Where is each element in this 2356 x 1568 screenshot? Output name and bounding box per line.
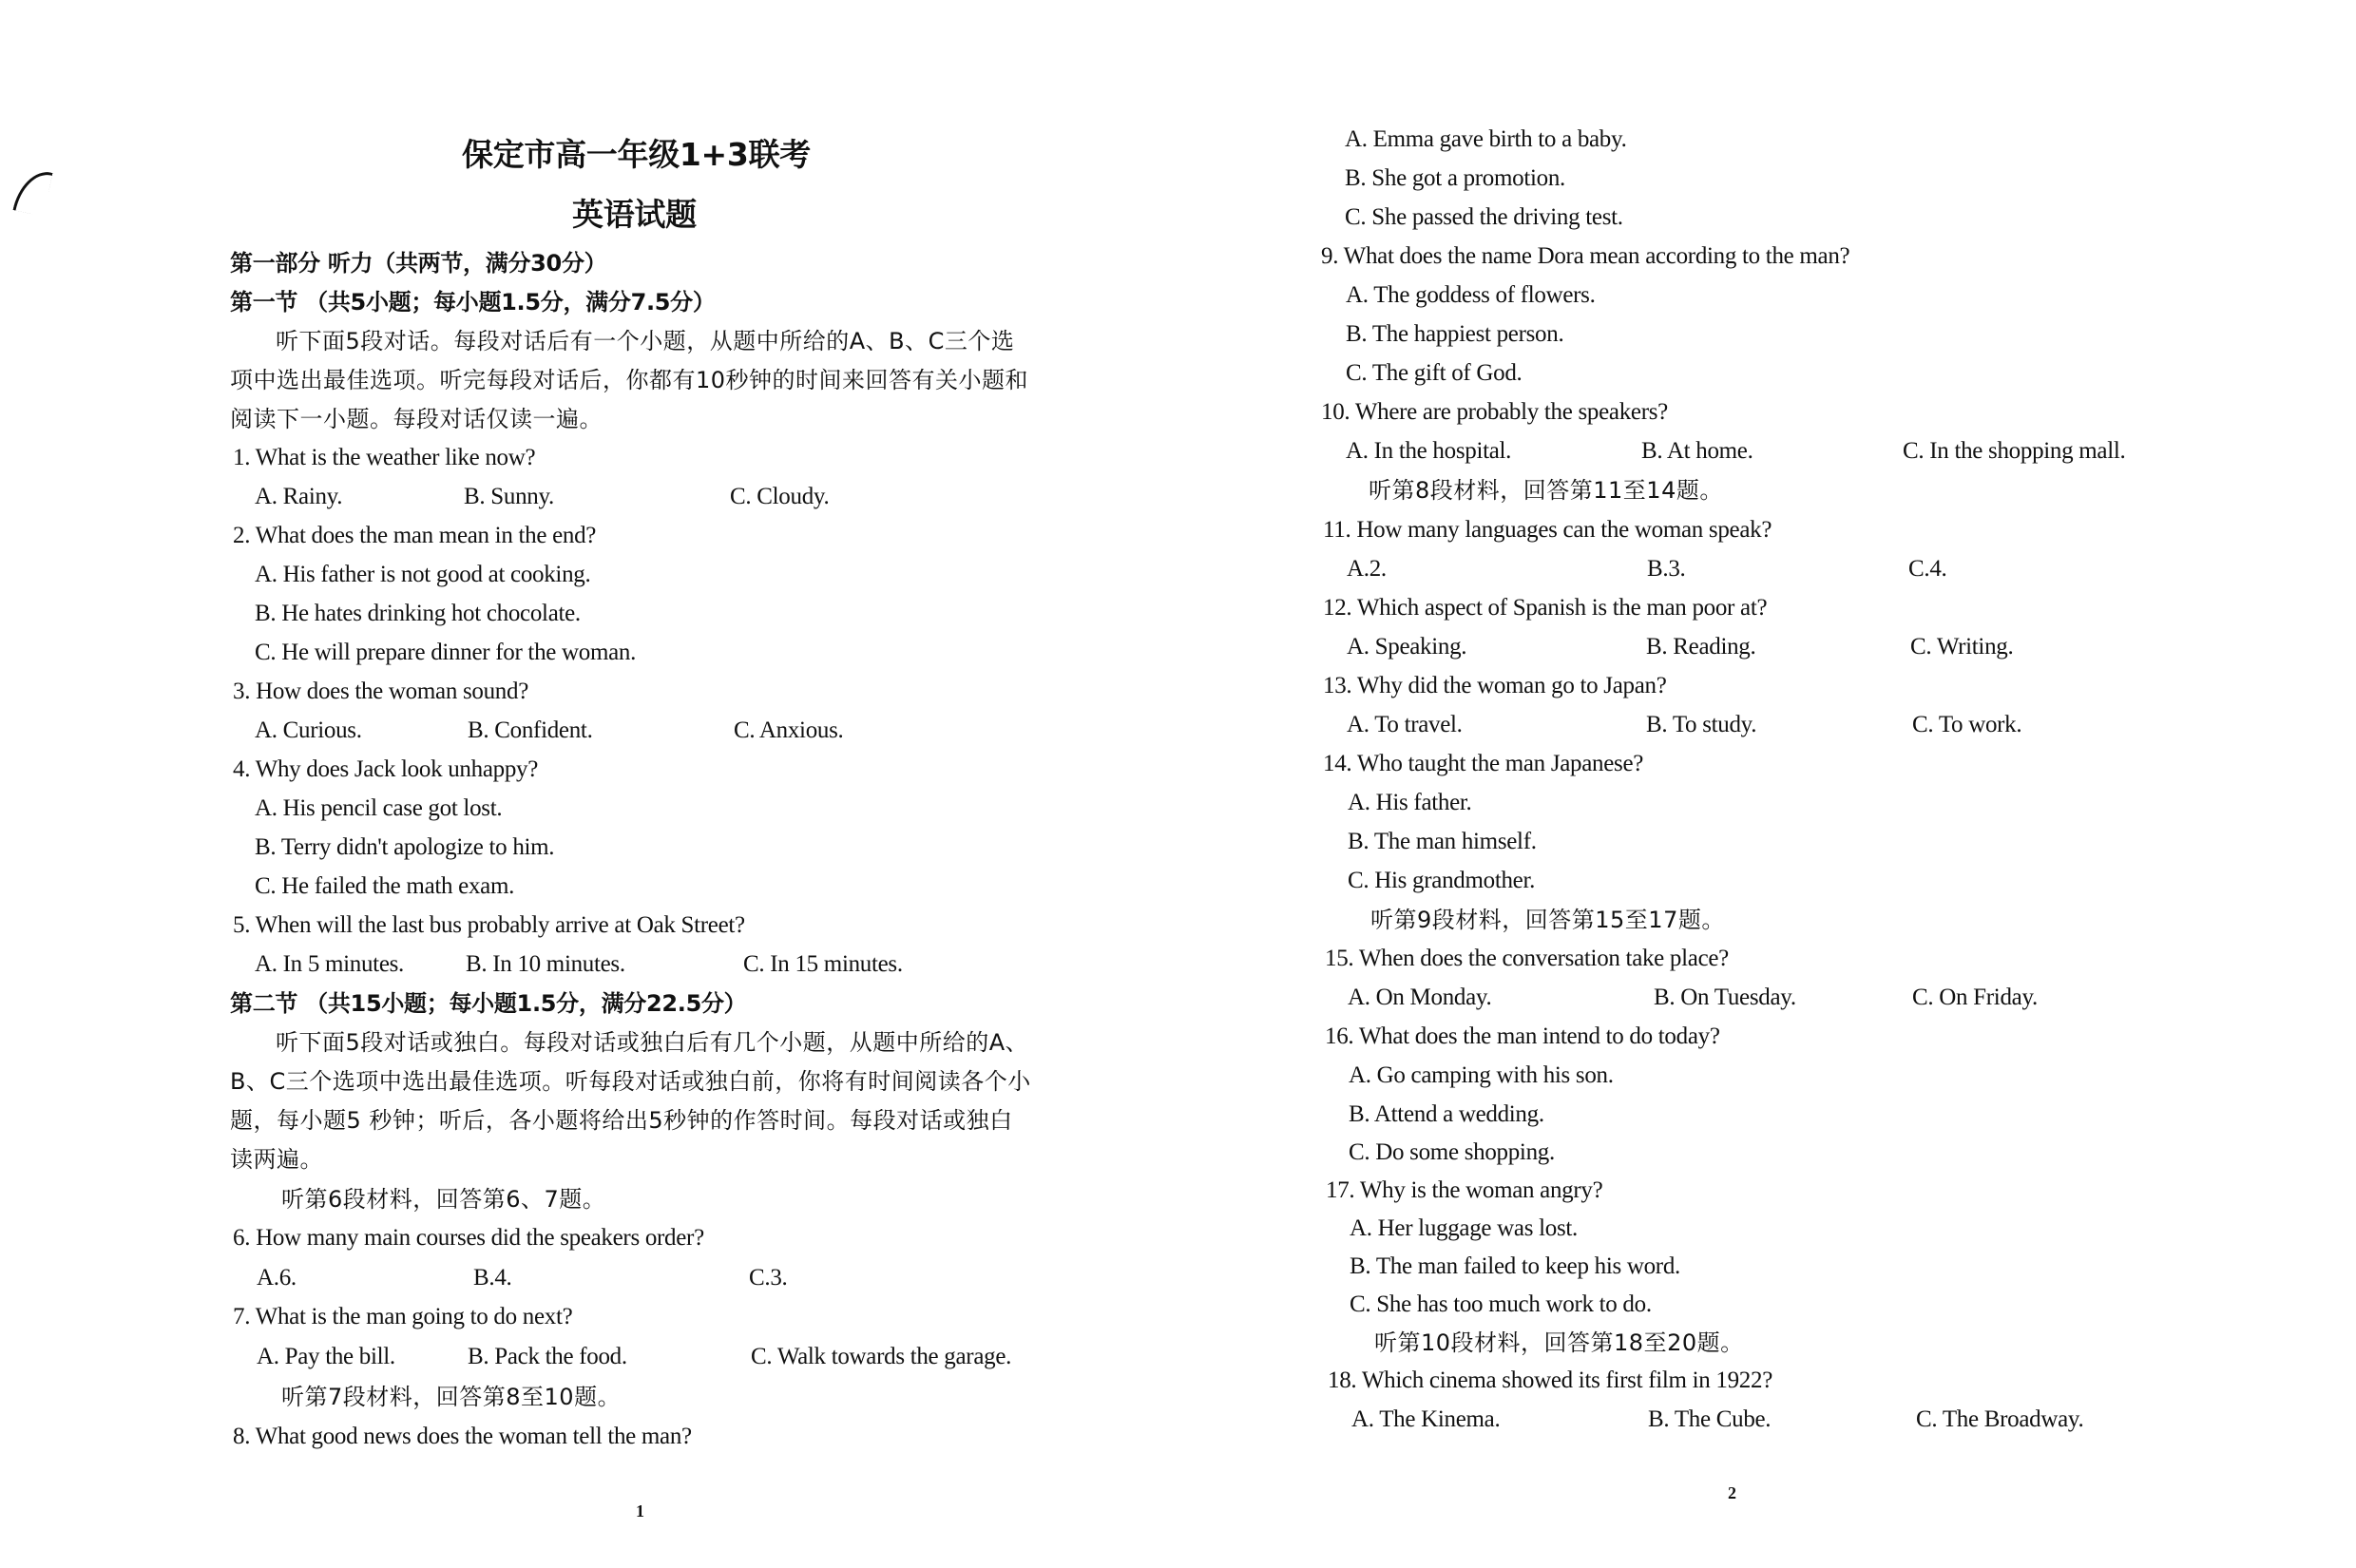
section2-instruction-3: 题，每小题5 秒钟；听后，各小题将给出5秒钟的作答时间。每段对话或独白 [230,1106,1013,1135]
q8-option-a: A. Emma gave birth to a baby. [1345,125,1627,154]
q12-option-c: C. Writing. [1910,633,2013,661]
q8-option-b: B. She got a promotion. [1345,164,1565,193]
question-8: 8. What good news does the woman tell th… [233,1423,692,1451]
q16-option-a: A. Go camping with his son. [1349,1061,1614,1090]
q11-option-c: C.4. [1908,555,1946,583]
section1-instruction-2: 项中选出最佳选项。听完每段对话后，你都有10秒钟的时间来回答有关小题和 [230,366,1028,394]
exam-subtitle: 英语试题 [572,196,697,234]
q16-option-c: C. Do some shopping. [1349,1138,1555,1167]
q10-option-a: A. In the hospital. [1346,437,1511,466]
q1-option-a: A. Rainy. [255,483,342,511]
q15-option-a: A. On Monday. [1348,984,1491,1012]
q7-option-a: A. Pay the bill. [257,1343,395,1371]
section2-heading: 第二节 （共15小题；每小题1.5分，满分22.5分） [230,989,746,1018]
q12-option-a: A. Speaking. [1347,633,1466,661]
q13-option-a: A. To travel. [1347,711,1463,739]
section2-instruction-2: B、C三个选项中选出最佳选项。听每段对话或独白前，你将有时间阅读各个小 [230,1067,1031,1096]
question-17: 17. Why is the woman angry? [1326,1176,1602,1205]
material-10-note: 听第10段材料，回答第18至20题。 [1374,1329,1744,1357]
material-9-note: 听第9段材料，回答第15至17题。 [1370,906,1725,934]
material-7-note: 听第7段材料，回答第8至10题。 [281,1383,621,1411]
q8-option-c: C. She passed the driving test. [1345,203,1623,232]
page-1: 保定市高一年级1+3联考 英语试题 第一部分 听力（共两节，满分30分） 第一节… [0,0,1178,1568]
question-16: 16. What does the man intend to do today… [1325,1023,1720,1051]
page-number-2: 2 [1728,1479,1736,1507]
q4-option-b: B. Terry didn't apologize to him. [255,833,554,862]
question-1: 1. What is the weather like now? [233,444,535,472]
section2-instruction-4: 读两遍。 [230,1145,323,1174]
question-10: 10. Where are probably the speakers? [1321,398,1668,427]
question-5: 5. When will the last bus probably arriv… [233,911,745,940]
q7-option-b: B. Pack the food. [468,1343,627,1371]
question-13: 13. Why did the woman go to Japan? [1323,672,1667,700]
question-14: 14. Who taught the man Japanese? [1323,750,1643,778]
question-9: 9. What does the name Dora mean accordin… [1321,242,1849,271]
section1-heading: 第一节 （共5小题；每小题1.5分，满分7.5分） [230,288,716,316]
q12-option-b: B. Reading. [1646,633,1755,661]
q2-option-a: A. His father is not good at cooking. [255,561,590,589]
q18-option-c: C. The Broadway. [1916,1405,2083,1434]
question-3: 3. How does the woman sound? [233,678,528,706]
page-number-1: 1 [636,1497,644,1525]
q5-option-b: B. In 10 minutes. [466,950,625,979]
question-6: 6. How many main courses did the speaker… [233,1224,704,1252]
q14-option-a: A. His father. [1348,789,1472,817]
q3-option-c: C. Anxious. [734,717,843,745]
q6-option-a: A.6. [257,1264,297,1292]
q17-option-b: B. The man failed to keep his word. [1350,1252,1680,1281]
q4-option-c: C. He failed the math exam. [255,872,514,901]
q14-option-b: B. The man himself. [1348,828,1537,856]
q1-option-c: C. Cloudy. [730,483,829,511]
q9-option-c: C. The gift of God. [1346,359,1523,388]
question-15: 15. When does the conversation take plac… [1325,945,1729,973]
q16-option-b: B. Attend a wedding. [1349,1100,1544,1129]
q17-option-c: C. She has too much work to do. [1350,1291,1652,1319]
exam-title: 保定市高一年级1+3联考 [462,136,811,174]
section1-instruction-1: 听下面5段对话。每段对话后有一个小题，从题中所给的A、B、C三个选 [276,327,1014,355]
q13-option-c: C. To work. [1912,711,2021,739]
q7-option-c: C. Walk towards the garage. [751,1343,1011,1371]
q17-option-a: A. Her luggage was lost. [1350,1214,1578,1243]
q11-option-a: A.2. [1347,555,1387,583]
q15-option-c: C. On Friday. [1912,984,2038,1012]
q18-option-a: A. The Kinema. [1351,1405,1500,1434]
q9-option-b: B. The happiest person. [1346,320,1563,349]
material-6-note: 听第6段材料，回答第6、7题。 [281,1185,605,1214]
question-18: 18. Which cinema showed its first film i… [1328,1367,1772,1395]
part1-heading: 第一部分 听力（共两节，满分30分） [230,249,606,277]
section1-instruction-3: 阅读下一小题。每段对话仅读一遍。 [230,405,603,433]
q1-option-b: B. Sunny. [464,483,554,511]
section2-instruction-1: 听下面5段对话或独白。每段对话或独白后有几个小题，从题中所给的A、 [276,1028,1028,1057]
question-4: 4. Why does Jack look unhappy? [233,755,538,784]
q3-option-a: A. Curious. [255,717,362,745]
q2-option-b: B. He hates drinking hot chocolate. [255,600,581,628]
q18-option-b: B. The Cube. [1648,1405,1771,1434]
material-8-note: 听第8段材料，回答第11至14题。 [1369,476,1723,505]
q11-option-b: B.3. [1647,555,1685,583]
q5-option-c: C. In 15 minutes. [743,950,903,979]
q9-option-a: A. The goddess of flowers. [1346,281,1596,310]
q6-option-b: B.4. [473,1264,511,1292]
page-2: A. Emma gave birth to a baby. B. She got… [1178,0,2356,1568]
q14-option-c: C. His grandmother. [1348,867,1535,895]
q15-option-b: B. On Tuesday. [1654,984,1796,1012]
q5-option-a: A. In 5 minutes. [255,950,404,979]
q6-option-c: C.3. [749,1264,787,1292]
q10-option-b: B. At home. [1641,437,1753,466]
question-2: 2. What does the man mean in the end? [233,522,596,550]
question-7: 7. What is the man going to do next? [233,1303,572,1331]
q10-option-c: C. In the shopping mall. [1903,437,2125,466]
q3-option-b: B. Confident. [468,717,593,745]
q4-option-a: A. His pencil case got lost. [255,794,502,823]
q13-option-b: B. To study. [1646,711,1756,739]
q2-option-c: C. He will prepare dinner for the woman. [255,639,636,667]
question-11: 11. How many languages can the woman spe… [1323,516,1772,545]
question-12: 12. Which aspect of Spanish is the man p… [1323,594,1767,622]
